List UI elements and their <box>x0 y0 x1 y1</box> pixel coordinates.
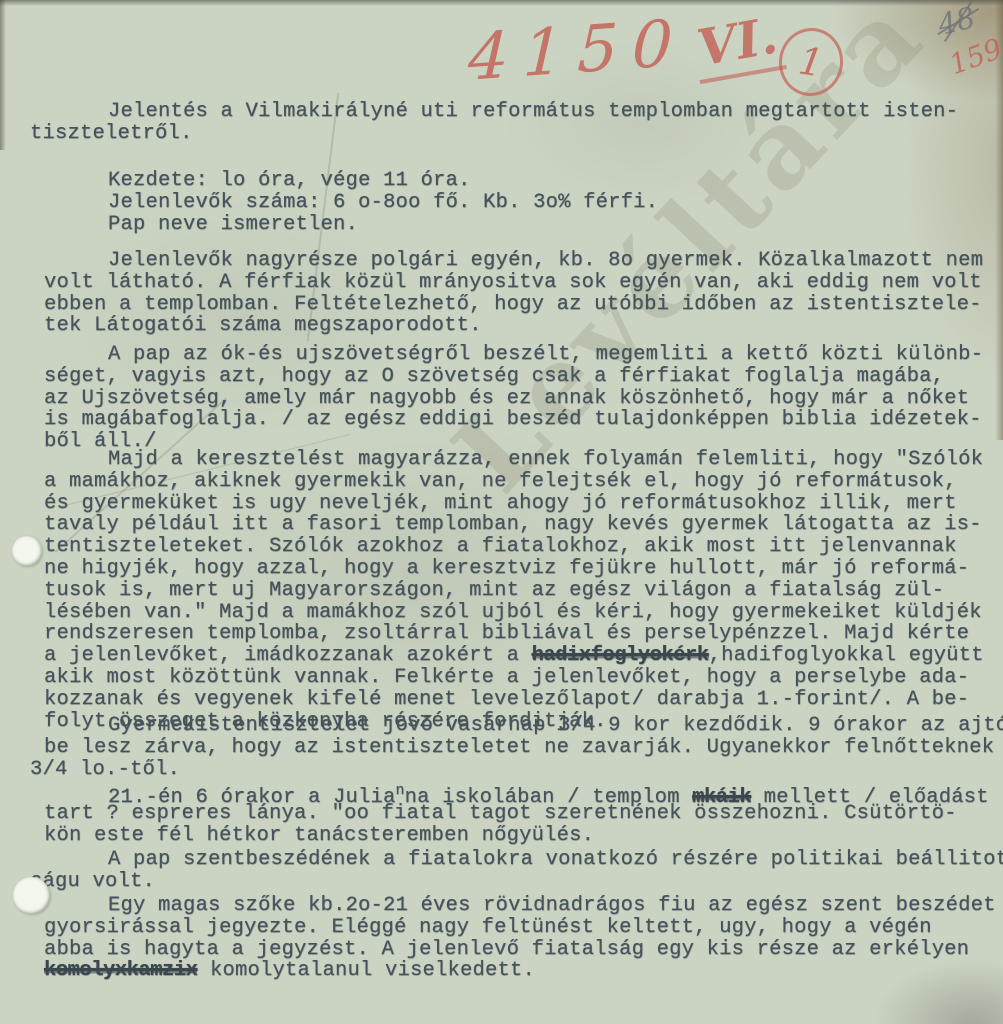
text-segment: kön este fél hétkor tanácsteremben nőgyü… <box>44 824 594 847</box>
text-segment: Jelentés a Vilmakirályné uti református … <box>108 100 958 123</box>
struck-out-text: komolyxkamzix <box>44 959 197 982</box>
text-segment: tentiszteleteket. Szólók azokhoz a fiata… <box>44 535 957 558</box>
text-segment: Kezdete: lo óra, vége 11 óra. <box>108 169 471 192</box>
text-segment: ,hadifoglyokkal együtt <box>709 644 984 667</box>
text-segment: az Ujszövetség, amely már nagyobb és ez … <box>44 387 969 410</box>
text-line: tiszteletről. <box>30 123 1003 145</box>
text-segment: A pap az ók-és ujszövetségről beszélt, m… <box>108 343 983 366</box>
text-line: Jelenlevők nagyrésze polgári egyén, kb. … <box>44 250 1003 272</box>
text-segment: akik most közöttünk vannak. Felkérte a j… <box>44 666 969 689</box>
text-segment: Egy magas szőke kb.2o-21 éves rövidnadrá… <box>108 894 996 917</box>
text-segment: tek Látogatói száma megszaporodott. <box>44 314 482 337</box>
text-segment: tavaly például itt a fasori templomban, … <box>44 513 982 536</box>
struck-out-text: hadixfoglyokérk <box>532 644 709 667</box>
text-segment: be lesz zárva, hogy az istentiszteletet … <box>44 736 994 759</box>
text-segment: abba is hagyta a jegyzést. A jelenlevő f… <box>44 938 969 961</box>
text-segment: Majd a keresztelést magyarázza, ennek fo… <box>108 448 983 471</box>
text-segment: rendszeresen templomba, zsoltárral bibli… <box>44 622 969 645</box>
text-segment: a mamákhoz, akiknek gyermekik van, ne fe… <box>44 470 957 493</box>
text-segment: komolytalanul viselkedett. <box>197 959 535 982</box>
text-segment: tart ? espreres lánya. "oo fiatal tagot … <box>44 802 957 825</box>
text-line: ebben a templomban. Feltételezhető, hogy… <box>44 294 1003 316</box>
text-segment: lésében van." Majd a mamákhoz szól ujból… <box>44 601 982 624</box>
text-segment: gyorsirással jegyezte. Eléggé nagy feltü… <box>44 916 932 939</box>
paragraph: Majd a keresztelést magyarázza, ennek fo… <box>44 449 1003 732</box>
text-segment: A pap szentbeszédének a fiatalokra vonat… <box>108 848 1003 871</box>
text-line: is magábafoglalja. / az egész eddigi bes… <box>44 409 1003 431</box>
document-page: Levéltára 4150 VI. 1 48 159 Jelentés a V… <box>0 0 1003 1024</box>
text-line: volt látható. A férfiak közül mrányositv… <box>44 272 1003 294</box>
text-line: A pap az ók-és ujszövetségről beszélt, m… <box>44 344 1003 366</box>
text-line: akik most közöttünk vannak. Felkérte a j… <box>44 667 1003 689</box>
text-line: Jelentés a Vilmakirályné uti református … <box>44 101 1003 123</box>
text-segment: tusok is, mert uj Magyarországon, mint a… <box>44 579 944 602</box>
text-line: séget, vagyis azt, hogy az O szövetség c… <box>44 366 1003 388</box>
text-segment: séget, vagyis azt, hogy az O szövetség c… <box>44 365 944 388</box>
text-line: tart ? espreres lánya. "oo fiatal tagot … <box>44 803 1003 825</box>
text-line: Pap neve ismeretlen. <box>44 214 1003 236</box>
paragraph: Egy magas szőke kb.2o-21 éves rövidnadrá… <box>44 895 1003 982</box>
text-line: a mamákhoz, akiknek gyermekik van, ne fe… <box>44 471 1003 493</box>
text-line: az Ujszövetség, amely már nagyobb és ez … <box>44 388 1003 410</box>
inserted-letter: n <box>396 783 405 799</box>
text-segment: Jelenlevők nagyrésze polgári egyén, kb. … <box>108 249 983 272</box>
text-segment: tiszteletről. <box>30 122 193 145</box>
text-segment: volt látható. A férfiak közül mrányositv… <box>44 271 982 294</box>
text-segment: Jelenlevők száma: 6 o-8oo fő. Kb. 3o% fé… <box>108 191 658 214</box>
text-line: a jelenlevőket, imádkozzanak azokért a h… <box>44 645 1003 667</box>
text-line: kön este fél hétkor tanácsteremben nőgyü… <box>44 825 1003 847</box>
text-segment: és gyermeküket is ugy neveljék, mint aho… <box>44 492 957 515</box>
text-line: ne higyjék, hogy azzal, hogy a keresztvi… <box>44 558 1003 580</box>
punch-hole <box>13 877 50 914</box>
text-line: abba is hagyta a jegyzést. A jelenlevő f… <box>44 939 1003 961</box>
paragraph: A pap szentbeszédének a fiatalokra vonat… <box>44 849 1003 893</box>
text-line: Majd a keresztelést magyarázza, ennek fo… <box>44 449 1003 471</box>
text-line: tusok is, mert uj Magyarországon, mint a… <box>44 580 1003 602</box>
text-line: Kezdete: lo óra, vége 11 óra. <box>44 170 1003 192</box>
paragraph: Jelentés a Vilmakirályné uti református … <box>44 101 1003 145</box>
text-segment: Pap neve ismeretlen. <box>108 213 358 236</box>
text-line: komolyxkamzix komolytalanul viselkedett. <box>44 960 1003 982</box>
text-line: rendszeresen templomba, zsoltárral bibli… <box>44 623 1003 645</box>
text-line: 21.-én 6 órakor a Julianna iskolában / t… <box>44 781 1003 803</box>
text-line: tek Látogatói száma megszaporodott. <box>44 315 1003 337</box>
text-line: Jelenlevők száma: 6 o-8oo fő. Kb. 3o% fé… <box>44 192 1003 214</box>
paragraph: Gyermekistentisztelet jövő vasárnap 3/4 … <box>44 715 1003 780</box>
paragraph: 21.-én 6 órakor a Julianna iskolában / t… <box>44 781 1003 846</box>
text-segment: a jelenlevőket, imádkozzanak azokért a <box>44 644 532 667</box>
text-segment: kozzanak és vegyenek kifelé menet levele… <box>44 688 969 711</box>
text-segment: ebben a templomban. Feltételezhető, hogy… <box>44 293 982 316</box>
paragraph: Jelenlevők nagyrésze polgári egyén, kb. … <box>44 250 1003 337</box>
text-segment: 3/4 lo.-től. <box>30 758 180 781</box>
text-segment: is magábafoglalja. / az egész eddigi bes… <box>44 408 982 431</box>
typewritten-text: Jelentés a Vilmakirályné uti református … <box>0 0 1003 1024</box>
text-line: Gyermekistentisztelet jövő vasárnap 3/4 … <box>44 715 1003 737</box>
text-line: 3/4 lo.-től. <box>30 759 1003 781</box>
text-segment: Gyermekistentisztelet jövő vasárnap 3/4 … <box>108 714 1003 737</box>
paragraph: Kezdete: lo óra, vége 11 óra.Jelenlevők … <box>44 170 1003 235</box>
text-line: kozzanak és vegyenek kifelé menet levele… <box>44 689 1003 711</box>
text-line: A pap szentbeszédének a fiatalokra vonat… <box>44 849 1003 871</box>
text-line: és gyermeküket is ugy neveljék, mint aho… <box>44 493 1003 515</box>
text-line: tentiszteleteket. Szólók azokhoz a fiata… <box>44 536 1003 558</box>
text-line: lésében van." Majd a mamákhoz szól ujból… <box>44 602 1003 624</box>
paragraph: A pap az ók-és ujszövetségről beszélt, m… <box>44 344 1003 453</box>
text-line: ságu volt. <box>30 871 1003 893</box>
text-line: Egy magas szőke kb.2o-21 éves rövidnadrá… <box>44 895 1003 917</box>
text-segment: ne higyjék, hogy azzal, hogy a keresztvi… <box>44 557 969 580</box>
punch-hole <box>12 536 42 566</box>
text-line: gyorsirással jegyezte. Eléggé nagy feltü… <box>44 917 1003 939</box>
text-line: be lesz zárva, hogy az istentiszteletet … <box>44 737 1003 759</box>
text-line: tavaly például itt a fasori templomban, … <box>44 514 1003 536</box>
